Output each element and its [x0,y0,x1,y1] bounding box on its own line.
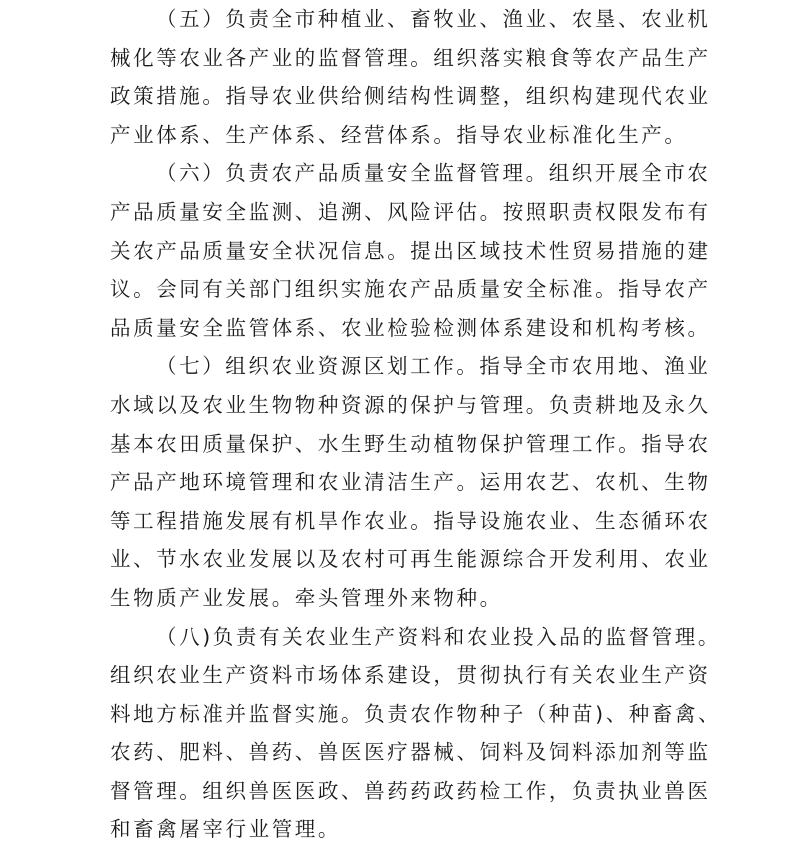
text-line: 等工程措施发展有机旱作农业。指导设施农业、生态循环农 [110,502,700,541]
text-line: 料地方标准并监督实施。负责农作物种子（种苗)、种畜禽、 [110,695,700,734]
paragraph-5: （五）负责全市种植业、畜牧业、渔业、农垦、农业机 械化等农业各产业的监督管理。组… [110,0,700,154]
text-line: （七）组织农业资源区划工作。指导全市农用地、渔业 [110,347,700,386]
document-page: （五）负责全市种植业、畜牧业、渔业、农垦、农业机 械化等农业各产业的监督管理。组… [110,0,700,849]
text-line: 产品质量安全监测、追溯、风险评估。按照职责权限发布有 [110,193,700,232]
text-line: 和畜禽屠宰行业管理。 [110,810,700,849]
text-line: 生物质产业发展。牵头管理外来物种。 [110,579,700,618]
text-line: 械化等农业各产业的监督管理。组织落实粮食等农产品生产 [110,39,700,78]
text-line: （六）负责农产品质量安全监督管理。组织开展全市农 [110,154,700,193]
paragraph-7: （七）组织农业资源区划工作。指导全市农用地、渔业 水域以及农业生物物种资源的保护… [110,347,700,617]
text-line: 业、节水农业发展以及农村可再生能源综合开发利用、农业 [110,540,700,579]
text-line: 议。会同有关部门组织实施农产品质量安全标准。指导农产 [110,270,700,309]
text-line: 产业体系、生产体系、经营体系。指导农业标准化生产。 [110,116,700,155]
text-line: 品质量安全监管体系、农业检验检测体系建设和机构考核。 [110,309,700,348]
text-line: 水域以及农业生物物种资源的保护与管理。负责耕地及永久 [110,386,700,425]
text-line: 组织农业生产资料市场体系建设，贯彻执行有关农业生产资 [110,656,700,695]
text-line: （八)负责有关农业生产资料和农业投入品的监督管理。 [110,618,700,657]
text-line: 基本农田质量保护、水生野生动植物保护管理工作。指导农 [110,425,700,464]
text-line: （五）负责全市种植业、畜牧业、渔业、农垦、农业机 [110,0,700,39]
text-line: 督管理。组织兽医医政、兽药药政药检工作，负责执业兽医 [110,772,700,811]
paragraph-8: （八)负责有关农业生产资料和农业投入品的监督管理。 组织农业生产资料市场体系建设… [110,618,700,850]
text-line: 关农产品质量安全状况信息。提出区域技术性贸易措施的建 [110,232,700,271]
paragraph-6: （六）负责农产品质量安全监督管理。组织开展全市农 产品质量安全监测、追溯、风险评… [110,154,700,347]
text-line: 产品产地环境管理和农业清洁生产。运用农艺、农机、生物 [110,463,700,502]
text-line: 农药、肥料、兽药、兽医医疗器械、饲料及饲料添加剂等监 [110,733,700,772]
text-line: 政策措施。指导农业供给侧结构性调整，组织构建现代农业 [110,77,700,116]
